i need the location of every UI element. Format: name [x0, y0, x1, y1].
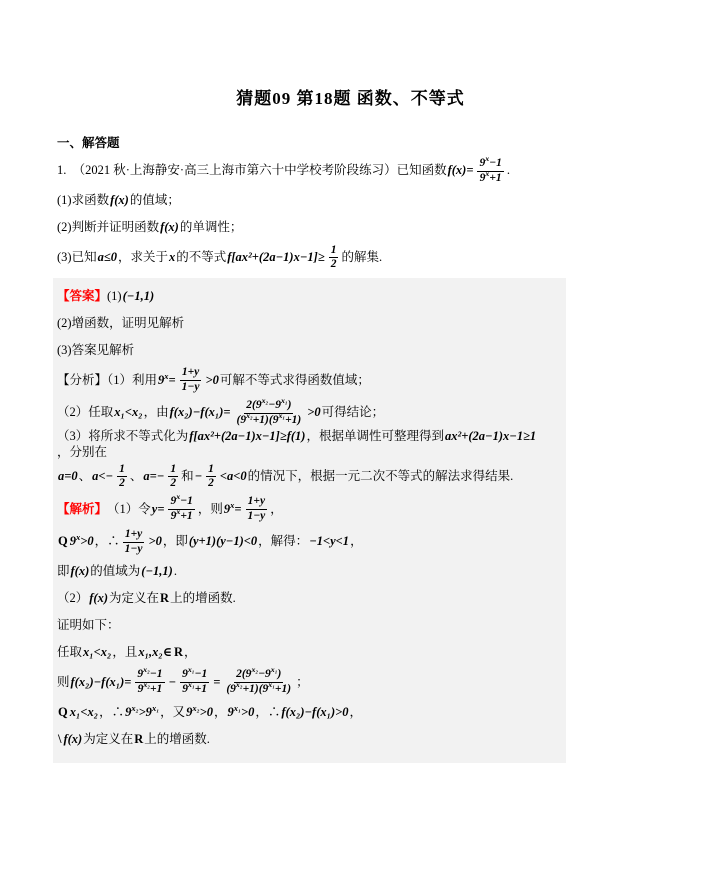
- text-run: 的不等式: [176, 250, 226, 266]
- doc-line: 1. （2021 秋·上海静安·高三上海市第六十中学校考阶段练习）已知函数f(x…: [57, 155, 685, 188]
- text-run: 则: [57, 675, 70, 691]
- text-run: 的解集.: [341, 250, 382, 266]
- math-run: −1<y<1: [309, 534, 349, 550]
- text-run: ，求关于: [118, 250, 168, 266]
- fraction: 9x−19x+1: [168, 495, 194, 524]
- math-run: f(x₂)−f(x₁)=: [170, 405, 231, 421]
- text-run: ，解得：: [258, 534, 308, 550]
- fraction: 9x₂−19x₂+1: [135, 668, 164, 697]
- math-run: f(x): [63, 732, 82, 748]
- text-run: ，根据单调性可整理得到: [306, 429, 444, 445]
- math-run: >0: [205, 373, 218, 389]
- fraction-numerator: 1: [117, 463, 127, 478]
- math-run: f[ax²+(2a−1)x−1]≥f(1): [189, 429, 305, 445]
- label-red: 【解析】: [57, 502, 107, 518]
- math-run: x: [169, 250, 175, 266]
- doc-line: (2)判断并证明函数f(x)的单调性；: [57, 215, 685, 242]
- text-run: 可解不等式求得函数值域；: [220, 373, 370, 389]
- text-run: 可得结论；: [322, 405, 385, 421]
- fraction-numerator: 9x−1: [477, 157, 503, 172]
- text-run: .: [507, 163, 510, 179]
- text-run: ，: [214, 705, 227, 721]
- fraction-numerator: 1: [168, 463, 178, 478]
- text-run: ；: [296, 675, 309, 691]
- fraction-numerator: 1+y: [180, 366, 201, 381]
- math-run: 9x₂>9x₁: [125, 705, 159, 721]
- problem-statement: 1. （2021 秋·上海静安·高三上海市第六十中学校考阶段练习）已知函数f(x…: [57, 155, 685, 274]
- math-run: a≤0: [98, 250, 117, 266]
- text-run: ，∴: [255, 705, 280, 721]
- text-run: 、: [79, 469, 92, 485]
- math-run: x₁<x₂: [83, 645, 111, 661]
- doc-line: (3)已知a≤0，求关于x的不等式f[ax²+(2a−1)x−1]≥12的解集.: [57, 242, 685, 275]
- doc-line: 【分析】（1）利用9x=1+y1−y>0可解不等式求得函数值域；: [57, 364, 558, 397]
- doc-line: Qx₁<x₂，∴9x₂>9x₁，又9x₂>0，9x₁>0，∴f(x₂)−f(x₁…: [57, 699, 558, 726]
- math-run: x₁,x₂∈: [138, 645, 172, 661]
- page-title: 猜题09 第18题 函数、不等式: [0, 84, 701, 109]
- doc-line: 则f(x₂)−f(x₁)=9x₂−19x₂+1−9x₁−19x₁+1=2(9x₂…: [57, 666, 558, 699]
- fraction-denominator: 2: [329, 258, 339, 272]
- math-run: x₁<x₂: [70, 705, 98, 721]
- text-run: (3)答案见解析: [57, 343, 134, 359]
- text-run: ，则: [198, 502, 223, 518]
- fraction: 1+y1−y: [123, 528, 145, 557]
- math-run: a=0: [58, 469, 78, 485]
- math-run: R: [174, 645, 183, 661]
- fraction-denominator: 1−y: [245, 510, 267, 524]
- text-run: ，即: [163, 534, 188, 550]
- text-run: ，: [350, 534, 363, 550]
- math-run: >0: [307, 405, 320, 421]
- document-page: 猜题09 第18题 函数、不等式 一、解答题 1. （2021 秋·上海静安·高…: [0, 0, 701, 877]
- text-run: 【分析】（1）利用: [57, 373, 157, 389]
- math-run: x₁<x₂: [114, 405, 142, 421]
- doc-line: 【答案】(1)(−1,1): [57, 283, 558, 310]
- fraction-numerator: 1+y: [123, 528, 144, 543]
- fraction-denominator: (9x₂+1)(9x₁+1): [235, 414, 304, 428]
- math-run: f(x): [110, 193, 129, 209]
- text-run: 上的增函数.: [170, 591, 236, 607]
- math-run: f(x₂)−f(x₁)>0: [281, 705, 348, 721]
- math-run: (−1,1): [141, 564, 173, 580]
- doc-line: （2）f(x)为定义在R上的增函数.: [57, 585, 558, 612]
- fraction-denominator: 2: [206, 477, 216, 491]
- fraction-denominator: 9x+1: [169, 510, 195, 524]
- math-run: f(x₂)−f(x₁)=: [71, 675, 132, 691]
- math-run: f(x): [89, 591, 108, 607]
- text-run: （1）令: [107, 502, 151, 518]
- fraction: 12: [168, 463, 178, 492]
- answer-analysis-block: 【答案】(1)(−1,1)(2)增函数，证明见解析(3)答案见解析【分析】（1）…: [53, 278, 566, 763]
- fraction: 1+y1−y: [245, 495, 267, 524]
- fraction-numerator: 9x−1: [168, 495, 194, 510]
- doc-line: 任取x₁<x₂，且x₁,x₂∈R，: [57, 639, 558, 666]
- math-run: f(x): [71, 564, 90, 580]
- text-run: 的值域为: [90, 564, 140, 580]
- math-run: Q: [58, 705, 68, 721]
- text-run: ，: [270, 502, 283, 518]
- section-heading: 一、解答题: [57, 133, 701, 151]
- doc-line: a=0、a<−12、a=−12和−12<a<0的情况下，根据一元二次不等式的解法…: [57, 461, 558, 494]
- text-run: 任取: [57, 645, 82, 661]
- doc-line: 【解析】（1）令y=9x−19x+1，则9x=1+y1−y，: [57, 493, 558, 526]
- text-run: 证明如下：: [57, 618, 120, 634]
- doc-line: (2)增函数，证明见解析: [57, 310, 558, 337]
- math-run: a=−: [143, 469, 164, 485]
- fraction: 12: [329, 244, 339, 273]
- fraction: 12: [117, 463, 127, 492]
- text-run: 即: [57, 564, 70, 580]
- text-run: ，∴: [95, 534, 120, 550]
- text-run: 上的增函数.: [144, 732, 210, 748]
- math-run: =: [213, 675, 220, 691]
- text-run: (2)判断并证明函数: [57, 220, 159, 236]
- doc-line: 证明如下：: [57, 612, 558, 639]
- math-run: a<−: [92, 469, 113, 485]
- math-run: 9x=: [158, 373, 176, 389]
- math-run: −: [169, 675, 177, 691]
- doc-line: （2）任取x₁<x₂，由f(x₂)−f(x₁)=2(9x₂−9x₁)(9x₂+1…: [57, 397, 558, 430]
- fraction-denominator: 1−y: [123, 543, 145, 557]
- math-run: f[ax²+(2a−1)x−1]≥: [227, 250, 324, 266]
- text-run: ，∴: [99, 705, 124, 721]
- math-run: 9x>0: [70, 534, 94, 550]
- fraction: 2(9x₂−9x₁)(9x₂+1)(9x₁+1): [235, 399, 304, 428]
- fraction: 1+y1−y: [180, 366, 202, 395]
- fraction: 12: [206, 463, 216, 492]
- math-run: 9x₁>0: [228, 705, 255, 721]
- doc-line: (3)答案见解析: [57, 337, 558, 364]
- text-run: （2）: [57, 591, 88, 607]
- text-run: 的情况下，根据一元二次不等式的解法求得结果.: [248, 469, 514, 485]
- fraction-denominator: 2: [168, 477, 178, 491]
- text-run: 的单调性；: [180, 220, 243, 236]
- math-run: f(x)=: [448, 163, 474, 179]
- text-run: (2)增函数，证明见解析: [57, 316, 184, 332]
- math-run: <a<0: [220, 469, 247, 485]
- math-run: R: [160, 591, 169, 607]
- math-run: 9x₂>0: [186, 705, 213, 721]
- text-run: 为定义在: [83, 732, 133, 748]
- text-run: (3)已知: [57, 250, 97, 266]
- text-run: (1): [107, 289, 122, 305]
- doc-line: Q9x>0，∴1+y1−y>0，即(y+1)(y−1)<0，解得：−1<y<1，: [57, 526, 558, 559]
- fraction-denominator: 9x₁+1: [180, 683, 209, 697]
- math-run: 9x=: [224, 502, 242, 518]
- doc-line: \f(x)为定义在R上的增函数.: [57, 726, 558, 753]
- text-run: 的值域；: [130, 193, 180, 209]
- text-run: （3）将所求不等式化为: [57, 429, 188, 445]
- math-run: (−1,1): [123, 289, 155, 305]
- math-run: f(x): [160, 220, 179, 236]
- text-run: .: [174, 564, 177, 580]
- fraction: 9x−19x+1: [477, 157, 503, 186]
- doc-line: （3）将所求不等式化为f[ax²+(2a−1)x−1]≥f(1)，根据单调性可整…: [57, 429, 558, 460]
- math-run: \: [58, 732, 61, 748]
- math-run: (y+1)(y−1)<0: [189, 534, 257, 550]
- fraction-numerator: 1+y: [246, 495, 267, 510]
- math-run: Q: [58, 534, 68, 550]
- math-run: ax²+(2a−1)x−1≥1: [445, 429, 536, 445]
- text-run: （2）任取: [57, 405, 113, 421]
- fraction: 9x₁−19x₁+1: [180, 668, 209, 697]
- text-run: ，由: [144, 405, 169, 421]
- text-run: 、: [130, 469, 143, 485]
- text-run: (1)求函数: [57, 193, 109, 209]
- text-run: 1. （2021 秋·上海静安·高三上海市第六十中学校考阶段练习）已知函数: [57, 163, 447, 179]
- fraction-denominator: 9x+1: [478, 172, 504, 186]
- text-run: 为定义在: [109, 591, 159, 607]
- fraction-denominator: (9x₂+1)(9x₁+1): [224, 683, 293, 697]
- fraction-denominator: 2: [117, 477, 127, 491]
- label-red: 【答案】: [57, 289, 107, 305]
- text-run: ，: [350, 705, 363, 721]
- text-run: ，: [184, 645, 197, 661]
- doc-line: (1)求函数f(x)的值域；: [57, 188, 685, 215]
- text-run: ，又: [160, 705, 185, 721]
- math-run: y=: [152, 502, 165, 518]
- fraction-denominator: 1−y: [180, 381, 202, 395]
- text-run: ，且: [112, 645, 137, 661]
- fraction: 2(9x₂−9x₁)(9x₂+1)(9x₁+1): [224, 668, 293, 697]
- fraction-numerator: 1: [329, 244, 339, 259]
- fraction-numerator: 1: [206, 463, 216, 478]
- math-run: R: [134, 732, 143, 748]
- text-run: ，分别在: [57, 445, 107, 461]
- math-run: −: [195, 469, 203, 485]
- fraction-denominator: 9x₂+1: [136, 683, 165, 697]
- text-run: 和: [181, 469, 194, 485]
- doc-line: 即f(x)的值域为(−1,1).: [57, 558, 558, 585]
- math-run: >0: [148, 534, 161, 550]
